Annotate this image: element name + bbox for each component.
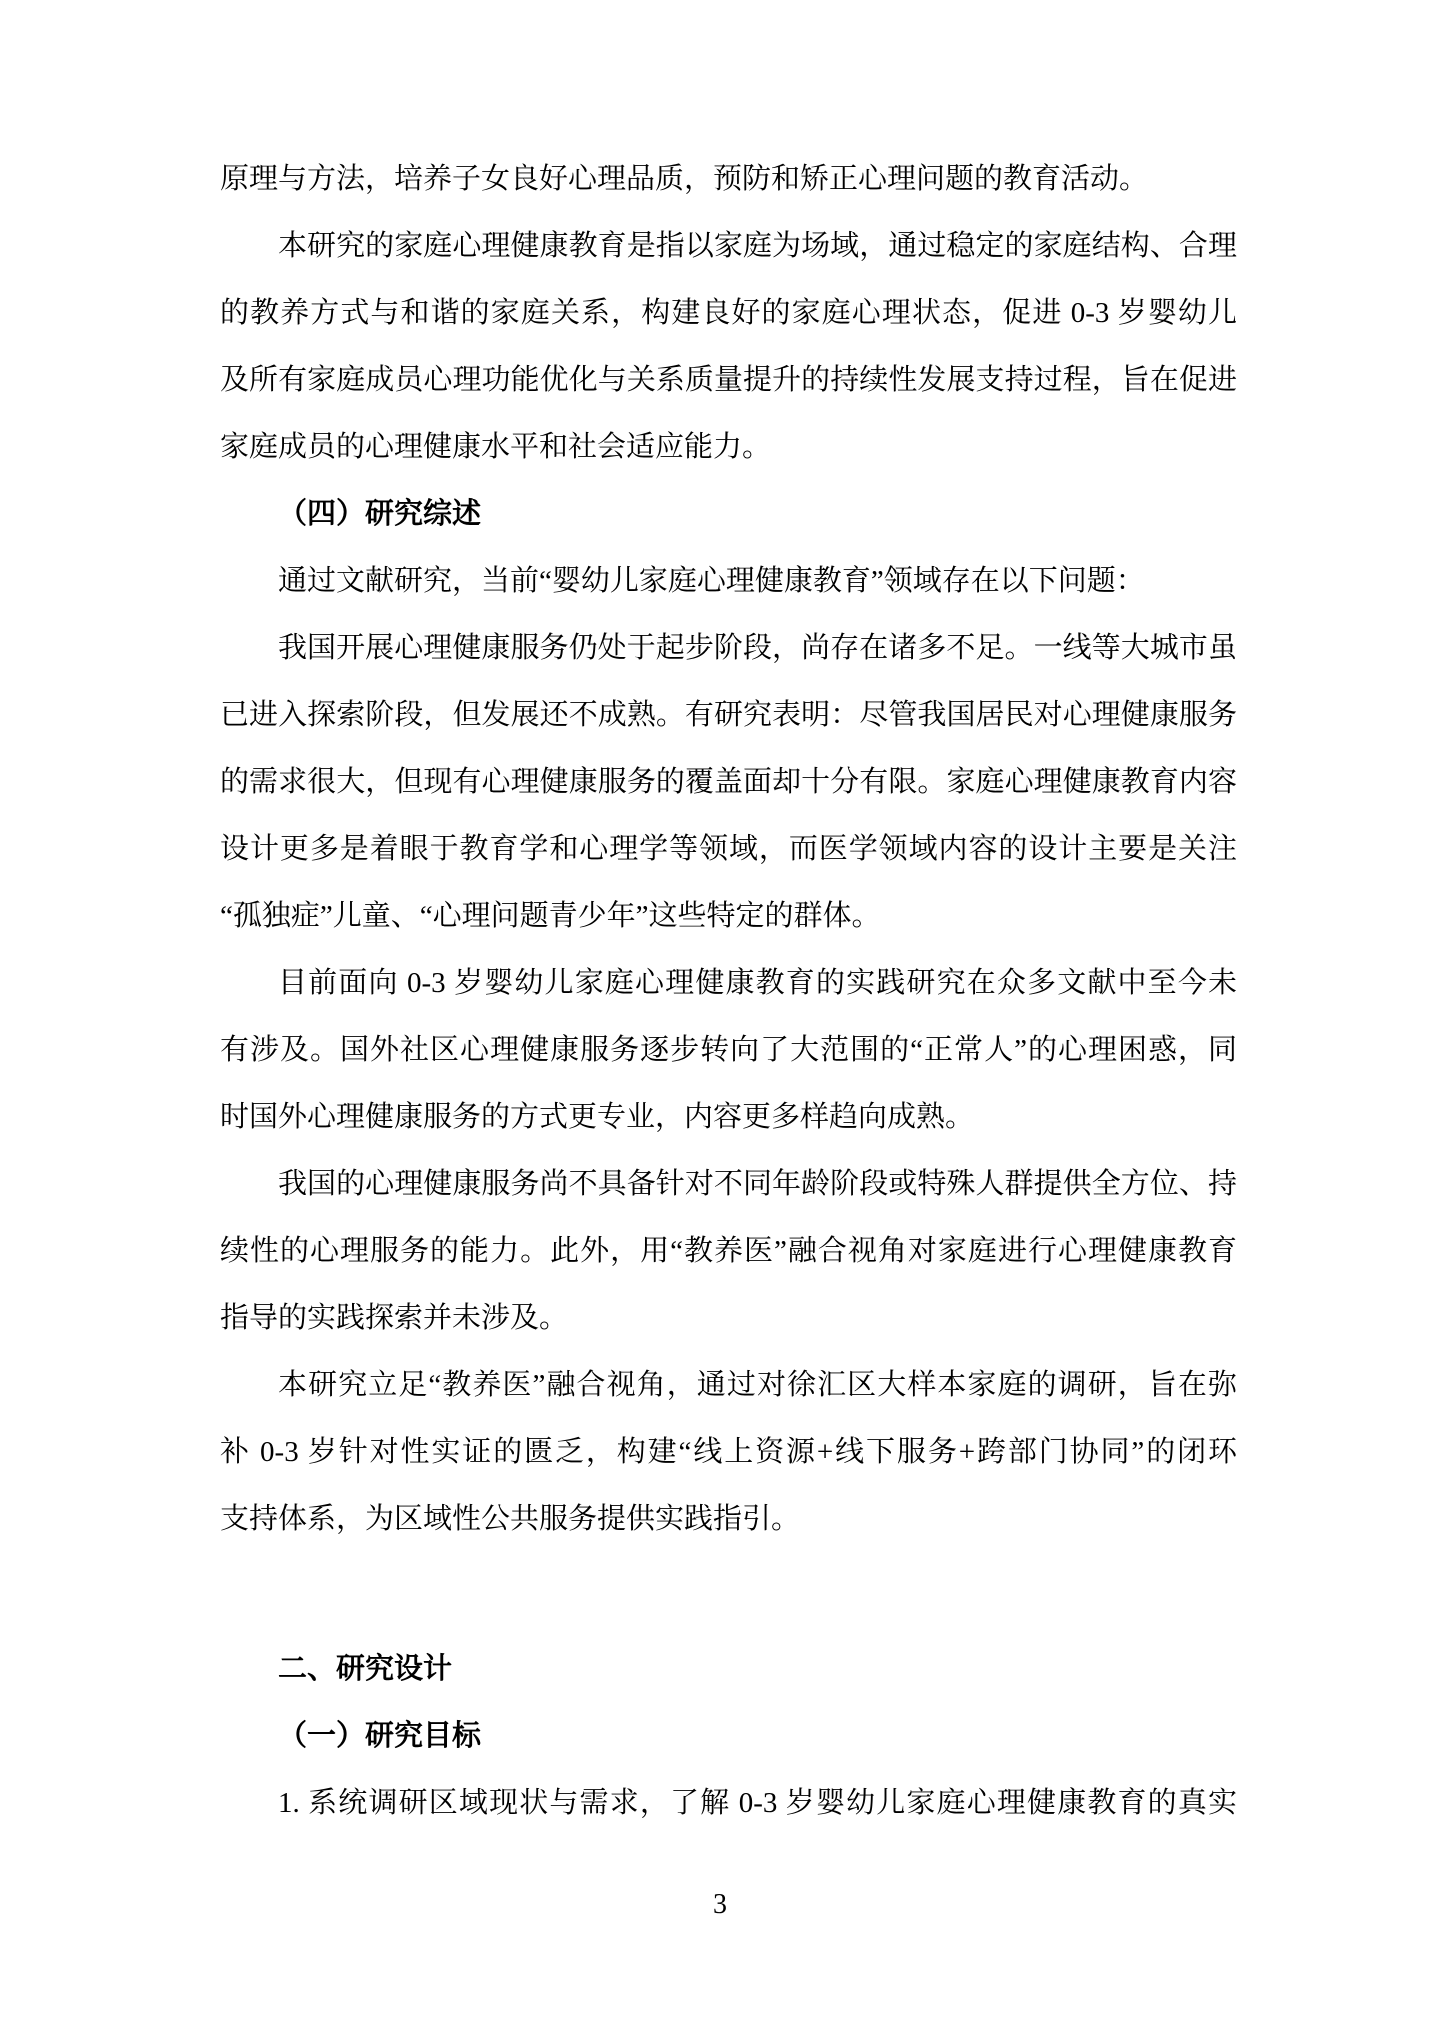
heading-research-goals: （一）研究目标 xyxy=(220,1703,1237,1770)
blank-line-separator xyxy=(220,1553,1237,1636)
page-number: 3 xyxy=(0,1880,1440,1930)
text-line: 设计更多是着眼于教育学和心理学等领域，而医学领域内容的设计主要是关注 xyxy=(220,816,1237,883)
text-line: 的需求很大，但现有心理健康服务的覆盖面却十分有限。家庭心理健康教育内容 xyxy=(220,749,1237,816)
text-line: 有涉及。国外社区心理健康服务逐步转向了大范围的“正常人”的心理困惑，同 xyxy=(220,1017,1237,1084)
text-line: 时国外心理健康服务的方式更专业，内容更多样趋向成熟。 xyxy=(220,1084,1237,1151)
text-line: 指导的实践探索并未涉及。 xyxy=(220,1285,1237,1352)
text-line: 支持体系，为区域性公共服务提供实践指引。 xyxy=(220,1486,1237,1553)
text-line: 1. 系统调研区域现状与需求，了解 0-3 岁婴幼儿家庭心理健康教育的真实 xyxy=(220,1770,1237,1837)
document-page: { "doc": { "language": "zh-CN", "text_co… xyxy=(0,0,1440,2036)
text-line: 及所有家庭成员心理功能优化与关系质量提升的持续性发展支持过程，旨在促进 xyxy=(220,347,1237,414)
text-line: “孤独症”儿童、“心理问题青少年”这些特定的群体。 xyxy=(220,883,1237,950)
text-line: 续性的心理服务的能力。此外，用“教养医”融合视角对家庭进行心理健康教育 xyxy=(220,1218,1237,1285)
text-line: 通过文献研究，当前“婴幼儿家庭心理健康教育”领域存在以下问题： xyxy=(220,548,1237,615)
text-line: 我国的心理健康服务尚不具备针对不同年龄阶段或特殊人群提供全方位、持 xyxy=(220,1151,1237,1218)
document-text-block: 原理与方法，培养子女良好心理品质，预防和矫正心理问题的教育活动。 本研究的家庭心… xyxy=(220,146,1237,1837)
text-line: 目前面向 0-3 岁婴幼儿家庭心理健康教育的实践研究在众多文献中至今未 xyxy=(220,950,1237,1017)
text-line: 我国开展心理健康服务仍处于起步阶段，尚存在诸多不足。一线等大城市虽 xyxy=(220,615,1237,682)
text-line: 的教养方式与和谐的家庭关系，构建良好的家庭心理状态，促进 0-3 岁婴幼儿 xyxy=(220,280,1237,347)
text-line: 本研究的家庭心理健康教育是指以家庭为场域，通过稳定的家庭结构、合理 xyxy=(220,213,1237,280)
text-line: 已进入探索阶段，但发展还不成熟。有研究表明：尽管我国居民对心理健康服务 xyxy=(220,682,1237,749)
text-line: 补 0-3 岁针对性实证的匮乏，构建“线上资源+线下服务+跨部门协同”的闭环 xyxy=(220,1419,1237,1486)
text-line: 本研究立足“教养医”融合视角，通过对徐汇区大样本家庭的调研，旨在弥 xyxy=(220,1352,1237,1419)
text-line: 家庭成员的心理健康水平和社会适应能力。 xyxy=(220,414,1237,481)
heading-research-review: （四）研究综述 xyxy=(220,481,1237,548)
text-line: 原理与方法，培养子女良好心理品质，预防和矫正心理问题的教育活动。 xyxy=(220,146,1237,213)
heading-research-design: 二、研究设计 xyxy=(220,1636,1237,1703)
